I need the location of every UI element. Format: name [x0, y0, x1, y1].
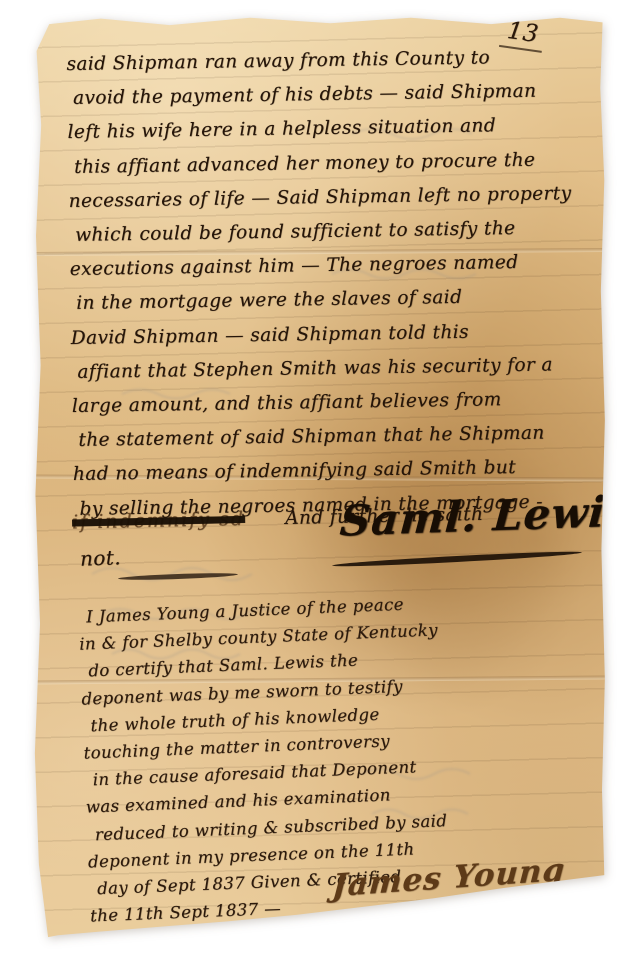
scan-background: 13 said Shipman ran away from this Count…	[0, 0, 640, 964]
struck-out-text: if indemnify sd	[72, 508, 245, 534]
justice-title: J.P.S.C.	[479, 890, 549, 917]
seal-scribble-icon	[562, 879, 613, 921]
manuscript-page: 13 said Shipman ran away from this Count…	[32, 14, 606, 938]
deponent-signature: Saml. Lewis	[338, 487, 601, 545]
affidavit-text-block: said Shipman ran away from this County t…	[66, 40, 583, 527]
closing-word: not.	[80, 545, 122, 570]
